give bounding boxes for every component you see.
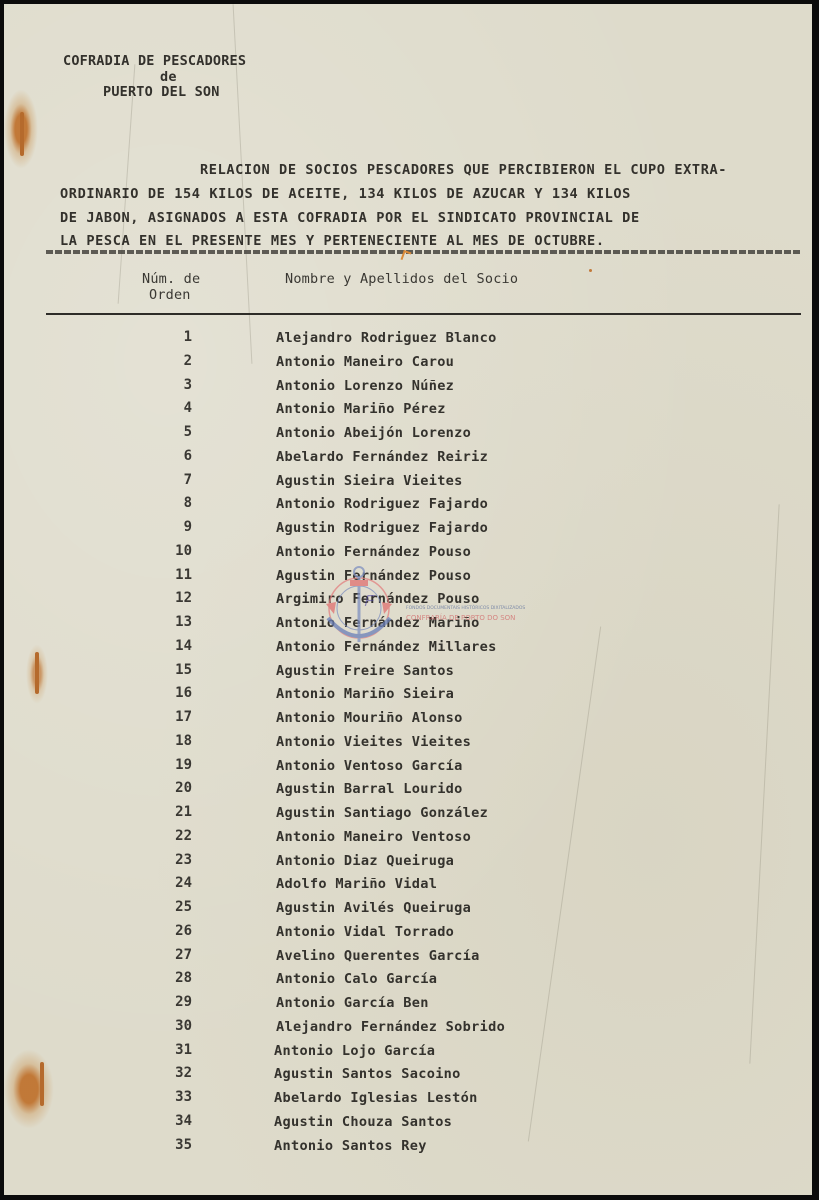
member-name: Antonio Ventoso García: [276, 758, 463, 774]
ink-dot: [589, 269, 592, 272]
member-name: Agustin Santos Sacoino: [274, 1066, 461, 1082]
member-name: Agustin Rodriguez Fajardo: [276, 520, 488, 536]
row-number: 25: [162, 899, 192, 915]
paper-crease: [118, 64, 136, 303]
member-name: Agustin Sieira Vieites: [276, 473, 463, 489]
paper-crease: [749, 504, 779, 1063]
row-number: 33: [162, 1089, 192, 1105]
row-number: 18: [162, 733, 192, 749]
column-header-num: Núm. de: [142, 271, 200, 287]
row-number: 24: [162, 875, 192, 891]
stamp-org-name: CONFRARÍA DE PORTO DO SON: [406, 614, 515, 622]
member-name: Agustin Santiago González: [276, 805, 488, 821]
member-name: Adolfo Mariño Vidal: [276, 876, 437, 892]
title-line-3: DE JABON, ASIGNADOS A ESTA COFRADIA POR …: [60, 210, 640, 226]
paper-crease: [528, 626, 601, 1141]
row-number: 12: [162, 590, 192, 606]
member-name: Agustin Freire Santos: [276, 663, 454, 679]
row-number: 31: [162, 1042, 192, 1058]
row-number: 6: [162, 448, 192, 464]
member-name: Antonio Santos Rey: [274, 1138, 427, 1154]
stamp-caption: FONDOS DOCUMENTAIS HISTÓRICOS DIXITALIZA…: [406, 606, 525, 611]
row-number: 17: [162, 709, 192, 725]
column-header-name: Nombre y Apellidos del Socio: [285, 271, 518, 287]
row-number: 10: [162, 543, 192, 559]
member-name: Abelardo Iglesias Lestón: [274, 1090, 478, 1106]
member-name: Agustin Avilés Queiruga: [276, 900, 471, 916]
title-line-1: RELACION DE SOCIOS PESCADORES QUE PERCIB…: [200, 162, 727, 178]
staple-mark: [40, 1062, 44, 1106]
row-number: 3: [162, 377, 192, 393]
member-name: Alejandro Rodriguez Blanco: [276, 330, 497, 346]
member-name: Antonio Vieites Vieites: [276, 734, 471, 750]
org-name-line3: PUERTO DEL SON: [103, 84, 220, 100]
member-name: Abelardo Fernández Reiriz: [276, 449, 488, 465]
row-number: 9: [162, 519, 192, 535]
row-number: 32: [162, 1065, 192, 1081]
member-name: Antonio Calo García: [276, 971, 437, 987]
row-number: 28: [162, 970, 192, 986]
member-name: Antonio Lorenzo Núñez: [276, 378, 454, 394]
row-number: 21: [162, 804, 192, 820]
row-number: 1: [162, 329, 192, 345]
staple-mark: [35, 652, 39, 694]
row-number: 8: [162, 495, 192, 511]
row-number: 11: [162, 567, 192, 583]
row-number: 7: [162, 472, 192, 488]
header-divider: [46, 313, 801, 315]
org-name-line2: de: [160, 69, 177, 85]
member-name: Antonio Mouriño Alonso: [276, 710, 463, 726]
member-name: Antonio Abeijón Lorenzo: [276, 425, 471, 441]
row-number: 2: [162, 353, 192, 369]
row-number: 29: [162, 994, 192, 1010]
row-number: 16: [162, 685, 192, 701]
member-name: Antonio Fernández Pouso: [276, 544, 471, 560]
row-number: 35: [162, 1137, 192, 1153]
member-name: Antonio Diaz Queiruga: [276, 853, 454, 869]
row-number: 22: [162, 828, 192, 844]
row-number: 34: [162, 1113, 192, 1129]
rust-stain: [4, 1049, 54, 1129]
row-number: 20: [162, 780, 192, 796]
row-number: 14: [162, 638, 192, 654]
row-number: 5: [162, 424, 192, 440]
dashed-divider: [46, 250, 801, 254]
row-number: 19: [162, 757, 192, 773]
ink-mark: [401, 250, 412, 262]
member-name: Antonio Lojo García: [274, 1043, 435, 1059]
member-name: Antonio Mariño Pérez: [276, 401, 446, 417]
member-name: Avelino Querentes García: [276, 948, 480, 964]
org-name-line1: COFRADIA DE PESCADORES: [63, 53, 246, 69]
column-header-num-line2: Orden: [149, 287, 191, 303]
row-number: 27: [162, 947, 192, 963]
row-number: 15: [162, 662, 192, 678]
row-number: 4: [162, 400, 192, 416]
member-name: Antonio Rodriguez Fajardo: [276, 496, 488, 512]
row-number: 13: [162, 614, 192, 630]
title-line-2: ORDINARIO DE 154 KILOS DE ACEITE, 134 KI…: [60, 186, 631, 202]
row-number: 23: [162, 852, 192, 868]
member-name: Agustin Barral Lourido: [276, 781, 463, 797]
signature-mark: ᖴ: [364, 592, 373, 610]
row-number: 26: [162, 923, 192, 939]
member-name: Antonio García Ben: [276, 995, 429, 1011]
title-line-4: LA PESCA EN EL PRESENTE MES Y PERTENECIE…: [60, 233, 605, 249]
member-name: Alejandro Fernández Sobrido: [276, 1019, 505, 1035]
anchor-stamp-icon: [314, 564, 404, 646]
row-number: 30: [162, 1018, 192, 1034]
member-name: Antonio Vidal Torrado: [276, 924, 454, 940]
member-name: Antonio Maneiro Carou: [276, 354, 454, 370]
member-name: Antonio Mariño Sieira: [276, 686, 454, 702]
staple-mark: [20, 112, 24, 156]
document-page: COFRADIA DE PESCADORES de PUERTO DEL SON…: [4, 4, 812, 1195]
member-name: Agustin Chouza Santos: [274, 1114, 452, 1130]
member-name: Antonio Maneiro Ventoso: [276, 829, 471, 845]
